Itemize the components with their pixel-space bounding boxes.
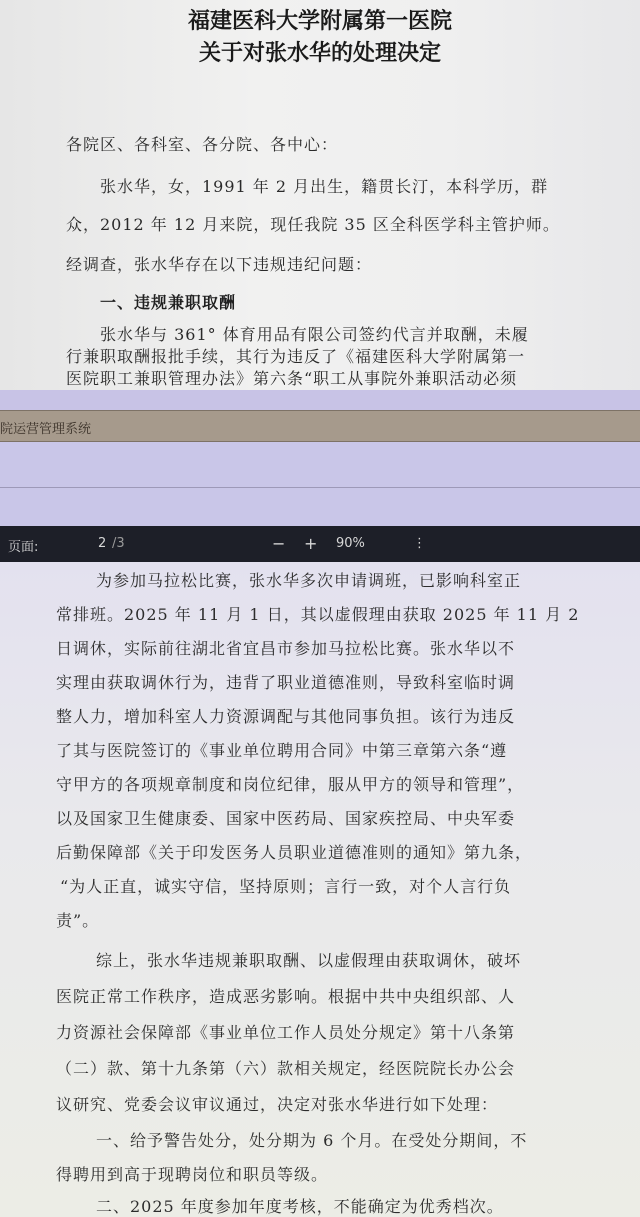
current-page-input[interactable]: 2 (98, 536, 106, 551)
paragraph-line: “为人正直，诚实守信，坚持原则；言行一致，对个人言行负 (60, 874, 511, 897)
paragraph-line: 以及国家卫生健康委、国家中医药局、国家疾控局、中央军委 (56, 806, 515, 829)
paragraph-line: 经调查，张水华存在以下违规违纪问题： (66, 252, 372, 275)
divider (0, 487, 640, 488)
paragraph-line: 常排班。2025 年 11 月 1 日，其以虚假理由获取 2025 年 11 月… (56, 602, 579, 625)
paragraph-line: 医院正常工作秩序，造成恶劣影响。根据中共中央组织部、人 (56, 984, 515, 1007)
paragraph-line: 众，2012 年 12 月来院，现任我院 35 区全科医学科主管护师。 (66, 212, 560, 235)
app-title: 院运营管理系统 (0, 418, 91, 437)
zoom-in-button[interactable]: + (304, 534, 317, 553)
document-page-1-photo: 福建医科大学附属第一医院 关于对张水华的处理决定 各院区、各科室、各分院、各中心… (0, 0, 640, 392)
paragraph-line: 守甲方的各项规章制度和岗位纪律，服从甲方的领导和管理”， (56, 772, 524, 795)
document-title-line2: 关于对张水华的处理决定 (0, 36, 640, 67)
page-label: 页面: (8, 536, 38, 555)
zoom-level[interactable]: 90% (336, 536, 365, 551)
section-heading: 一、违规兼职取酬 (100, 290, 236, 313)
zoom-out-button[interactable]: − (272, 534, 285, 553)
paragraph-line: 一、给予警告处分，处分期为 6 个月。在受处分期间，不 (96, 1128, 527, 1151)
document-page-2: 为参加马拉松比赛，张水华多次申请调班，已影响科室正 常排班。2025 年 11 … (0, 562, 640, 1217)
paragraph-line: 二、2025 年度参加年度考核，不能确定为优秀档次。 (96, 1194, 504, 1217)
paragraph-line: 整人力，增加科室人力资源调配与其他同事负担。该行为违反 (56, 704, 515, 727)
app-title-bar: 院运营管理系统 (0, 410, 640, 442)
paragraph-line: （二）款、第十九条第（六）款相关规定，经医院院长办公会 (56, 1056, 515, 1079)
paragraph-line: 行兼职取酬报批手续，其行为违反了《福建医科大学附属第一 (66, 344, 525, 367)
paragraph-line: 张水华，女，1991 年 2 月出生，籍贯长汀，本科学历，群 (100, 174, 548, 197)
paragraph-line: 为参加马拉松比赛，张水华多次申请调班，已影响科室正 (96, 568, 521, 591)
paragraph-line: 综上，张水华违规兼职取酬、以虚假理由获取调休，破坏 (96, 948, 521, 971)
paragraph-line: 日调休，实际前往湖北省宜昌市参加马拉松比赛。张水华以不 (56, 636, 515, 659)
paragraph-line: 张水华与 361° 体育用品有限公司签约代言并取酬，未履 (100, 322, 529, 345)
paragraph-line: 议研究、党委会议审议通过，决定对张水华进行如下处理： (56, 1092, 498, 1115)
paragraph-line: 后勤保障部《关于印发医务人员职业道德准则的通知》第九条， (56, 840, 532, 863)
paragraph-line: 实理由获取调休行为，违背了职业道德准则，导致科室临时调 (56, 670, 515, 693)
paragraph-line: 力资源社会保障部《事业单位工作人员处分规定》第十八条第 (56, 1020, 515, 1043)
paragraph-line: 医院职工兼职管理办法》第六条“职工从事院外兼职活动必须 (66, 366, 517, 389)
pdf-viewer-toolbar: 页面: 2 /3 − + 90% ⋮ (0, 526, 640, 562)
paragraph-line: 责”。 (56, 908, 99, 931)
paragraph-line: 了其与医院签订的《事业单位聘用合同》中第三章第六条“遵 (56, 738, 507, 761)
screen-background-band (0, 390, 640, 410)
salutation: 各院区、各科室、各分院、各中心： (66, 132, 338, 155)
document-title-line1: 福建医科大学附属第一医院 (0, 4, 640, 35)
app-content-area (0, 442, 640, 526)
paragraph-line: 得聘用到高于现聘岗位和职员等级。 (56, 1162, 328, 1185)
total-pages: /3 (112, 536, 125, 551)
more-options-icon[interactable]: ⋮ (413, 536, 426, 551)
